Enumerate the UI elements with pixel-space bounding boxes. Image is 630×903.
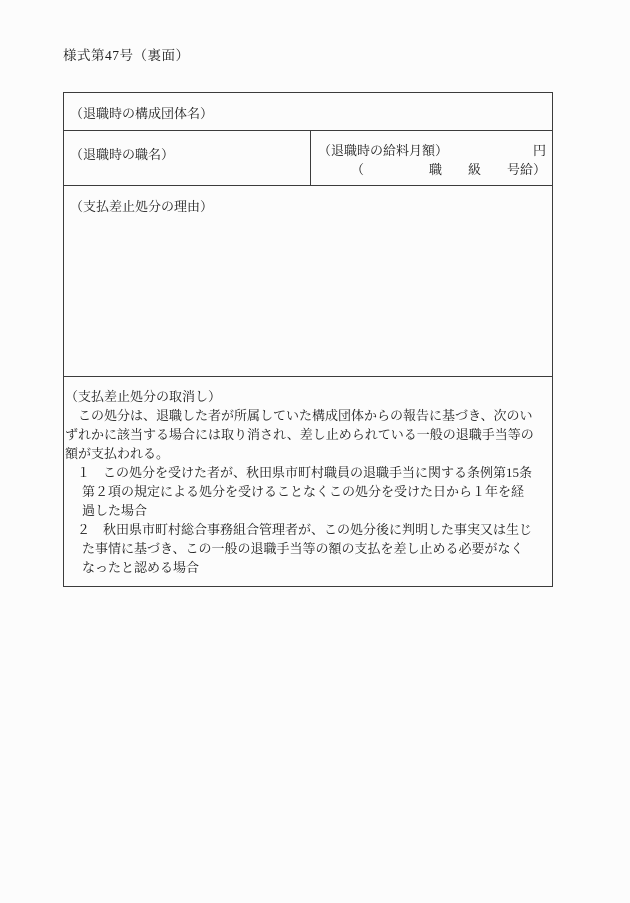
salary-label: （退職時の給料月額） bbox=[318, 141, 448, 160]
org-name-cell: （退職時の構成団体名） bbox=[64, 93, 552, 131]
cancellation-cell: （支払差止処分の取消し） この処分は、退職した者が所属していた構成団体からの報告… bbox=[64, 377, 552, 586]
list-item-2-line: なったと認める場合 bbox=[82, 558, 548, 577]
form-number-title: 様式第47号（裏面） bbox=[63, 47, 190, 65]
list-item-2-line: た事情に基づき、この一般の退職手当等の額の支払を差し止める必要がなく bbox=[82, 539, 548, 558]
suspension-reason-cell: （支払差止処分の理由） bbox=[64, 186, 552, 377]
job-title-label: （退職時の職名） bbox=[70, 147, 174, 162]
suspension-reason-label: （支払差止処分の理由） bbox=[70, 199, 213, 214]
form-table: （退職時の構成団体名） （退職時の職名） （退職時の給料月額） 円 （ 職 級 … bbox=[63, 92, 553, 587]
list-item-1-line: １ この処分を受けた者が、秋田県市町村職員の退職手当に関する条例第15条 bbox=[77, 463, 548, 482]
cancellation-paragraph-line: ずれかに該当する場合には取り消され、差し止められている一般の退職手当等の bbox=[65, 425, 548, 444]
list-item-1-line: 過した場合 bbox=[82, 501, 548, 520]
cancellation-label: （支払差止処分の取消し） bbox=[65, 387, 548, 406]
cancellation-paragraph-line: 額が支払われる。 bbox=[65, 444, 548, 463]
grade-step-line: （ 職 級 号給） bbox=[318, 160, 546, 179]
cancellation-paragraph-line: この処分は、退職した者が所属していた構成団体からの報告に基づき、次のい bbox=[65, 406, 548, 425]
salary-cell: （退職時の給料月額） 円 （ 職 級 号給） bbox=[311, 131, 552, 185]
job-salary-row: （退職時の職名） （退職時の給料月額） 円 （ 職 級 号給） bbox=[64, 131, 552, 186]
job-title-cell: （退職時の職名） bbox=[64, 131, 311, 185]
salary-amount-line: （退職時の給料月額） 円 bbox=[318, 141, 546, 160]
list-item-2-line: ２ 秋田県市町村総合事務組合管理者が、この処分後に判明した事実又は生じ bbox=[77, 520, 548, 539]
salary-unit-yen: 円 bbox=[533, 141, 546, 160]
list-item-1-line: 第２項の規定による処分を受けることなくこの処分を受けた日から１年を経 bbox=[82, 482, 548, 501]
org-name-label: （退職時の構成団体名） bbox=[70, 106, 213, 121]
